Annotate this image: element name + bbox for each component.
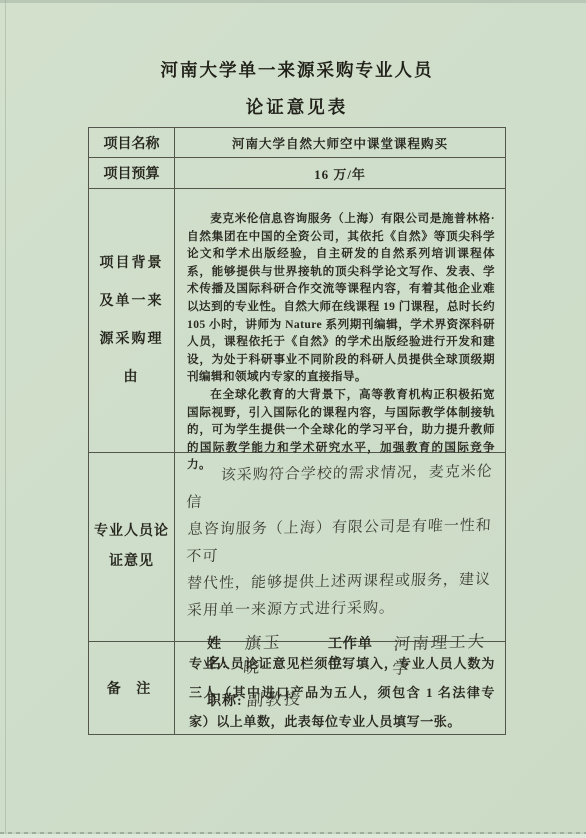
row-project-budget: 项目预算 16 万/年 — [89, 157, 505, 188]
project-name-label: 项目名称 — [89, 128, 175, 157]
background-reason-value: 麦克米伦信息咨询服务（上海）有限公司是施普林格·自然集团在中国的全资公司，其依托… — [175, 189, 505, 452]
remarks-value: 专业人员论证意见栏须手写填入，专业人员人数为三人（其中进口产品为五人，须包含 1… — [175, 642, 505, 734]
remarks-label: 备 注 — [89, 642, 175, 734]
row-remarks: 备 注 专业人员论证意见栏须手写填入，专业人员人数为三人（其中进口产品为五人，须… — [89, 641, 505, 734]
scan-top-edge — [0, 0, 586, 3]
remarks-text: 专业人员论证意见栏须手写填入，专业人员人数为三人（其中进口产品为五人，须包含 1… — [189, 649, 495, 736]
row-project-name: 项目名称 河南大学自然大师空中课堂课程购买 — [89, 128, 505, 157]
expert-opinion-label: 专业人员论证意见 — [89, 453, 175, 641]
form-title-line1: 河南大学单一来源采购专业人员 — [88, 58, 506, 82]
row-background-reason: 项目背景及单一来源采购理由 麦克米伦信息咨询服务（上海）有限公司是施普林格·自然… — [89, 188, 505, 452]
background-paragraph-1: 麦克米伦信息咨询服务（上海）有限公司是施普林格·自然集团在中国的全资公司，其依托… — [187, 210, 495, 386]
handwritten-opinion-line: 该采购符合学校的需求情况，麦克米伦信 — [186, 458, 499, 516]
form-title-line2: 论证意见表 — [88, 95, 506, 119]
scanned-form-page: 河南大学单一来源采购专业人员 论证意见表 项目名称 河南大学自然大师空中课堂课程… — [0, 0, 586, 838]
form-table: 项目名称 河南大学自然大师空中课堂课程购买 项目预算 16 万/年 项目背景及单… — [88, 127, 506, 735]
form-title: 河南大学单一来源采购专业人员 论证意见表 — [88, 58, 506, 119]
project-budget-label: 项目预算 — [89, 158, 175, 188]
handwritten-opinion-line: 息咨询服务（上海）有限公司是有唯一性和不可 — [186, 512, 499, 570]
project-name-value: 河南大学自然大师空中课堂课程购买 — [175, 128, 505, 157]
background-reason-label-text: 项目背景及单一来源采购理由 — [99, 245, 164, 397]
handwritten-opinion-line: 采用单一来源方式进行采购。 — [186, 593, 497, 624]
scan-bottom-highlight — [0, 834, 586, 838]
scan-left-edge — [5, 0, 6, 838]
expert-opinion-value: 该采购符合学校的需求情况，麦克米伦信 息咨询服务（上海）有限公司是有唯一性和不可… — [175, 453, 505, 641]
row-expert-opinion: 专业人员论证意见 该采购符合学校的需求情况，麦克米伦信 息咨询服务（上海）有限公… — [89, 452, 505, 641]
background-reason-label: 项目背景及单一来源采购理由 — [89, 189, 175, 452]
project-budget-value: 16 万/年 — [175, 158, 505, 188]
expert-opinion-label-text: 专业人员论证意见 — [89, 517, 174, 577]
